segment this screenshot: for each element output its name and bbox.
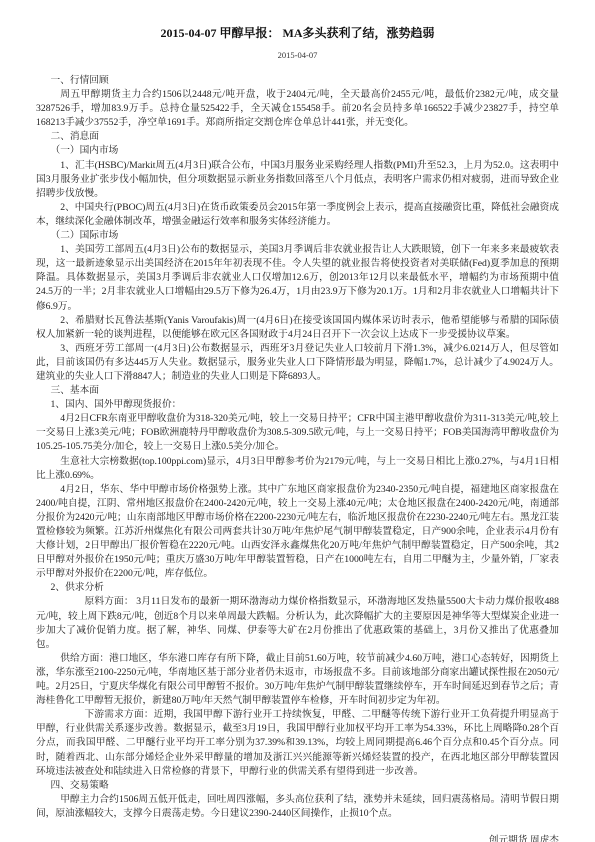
author-signature: 创元期货 周虎杰 <box>36 832 559 842</box>
page-title: 2015-04-07 甲醇早报： MA多头获利了结，涨势趋弱 <box>36 26 559 40</box>
paragraph: 2、希腊财长瓦鲁法基斯(Yanis Varoufakis)周一(4月6日)在接受… <box>36 314 559 342</box>
document-page: 2015-04-07 甲醇早报： MA多头获利了结，涨势趋弱 2015-04-0… <box>0 0 595 842</box>
paragraph: 生意社大宗榜数据(top.100ppi.com)显示，4月3日甲醇参考价为217… <box>36 455 559 483</box>
section-heading: 一、行情回顾 <box>36 74 559 88</box>
section-heading: 2、供求分析 <box>36 581 559 595</box>
paragraph: 1、美国劳工部周五(4月3日)公布的数据显示，美国3月季调后非农就业报告让人大跌… <box>36 243 559 313</box>
paragraph: 1、汇丰(HSBC)/Markit周五(4月3日)联合公布，中国3月服务业采购经… <box>36 159 559 201</box>
section-heading: 1、国内、国外甲醇现货报价： <box>36 398 559 412</box>
paragraph: 周五甲醇期货主力合约1506以2448元/吨开盘，收于2404元/吨，全天最高价… <box>36 88 559 130</box>
paragraph: 下游需求方面：近期，我国甲醇下游行业开工持续恢复，甲醛、二甲醚等传统下游行业开工… <box>36 708 559 778</box>
paragraph: 2、中国央行(PBOC)周五(4月3日)在货币政策委员会2015年第一季度例会上… <box>36 201 559 229</box>
section-heading: 三、基本面 <box>36 384 559 398</box>
paragraph: 4月2日CFR东南亚甲醇收盘价为318-320美元/吨，较上一交易日持平；CFR… <box>36 412 559 454</box>
paragraph: 供给方面：港口地区，华东港口库存有所下降，截止目前51.60万吨，较节前减少4.… <box>36 652 559 708</box>
paragraph: 3、西班牙劳工部周一(4月3日)公布数据显示，西班牙3月登记失业人口较前月下滑1… <box>36 342 559 384</box>
paragraph: 4月2日，华东、华中甲醇市场价格强势上涨。其中广东地区商家报盘价为2340-23… <box>36 483 559 582</box>
section-heading: （一）国内市场 <box>36 144 559 158</box>
report-date: 2015-04-07 <box>36 50 559 60</box>
document-body: 一、行情回顾周五甲醇期货主力合约1506以2448元/吨开盘，收于2404元/吨… <box>36 74 559 821</box>
paragraph: 甲醇主力合约1506周五低开低走，回吐周四涨幅，多头高位获利了结，涨势并未延续，… <box>36 793 559 821</box>
section-heading: 二、消息面 <box>36 130 559 144</box>
section-heading: 四、交易策略 <box>36 779 559 793</box>
section-heading: （二）国际市场 <box>36 229 559 243</box>
paragraph: 原料方面： 3月11日发布的最新一期环渤海动力煤价格指数显示，环渤海地区发热量5… <box>36 595 559 651</box>
